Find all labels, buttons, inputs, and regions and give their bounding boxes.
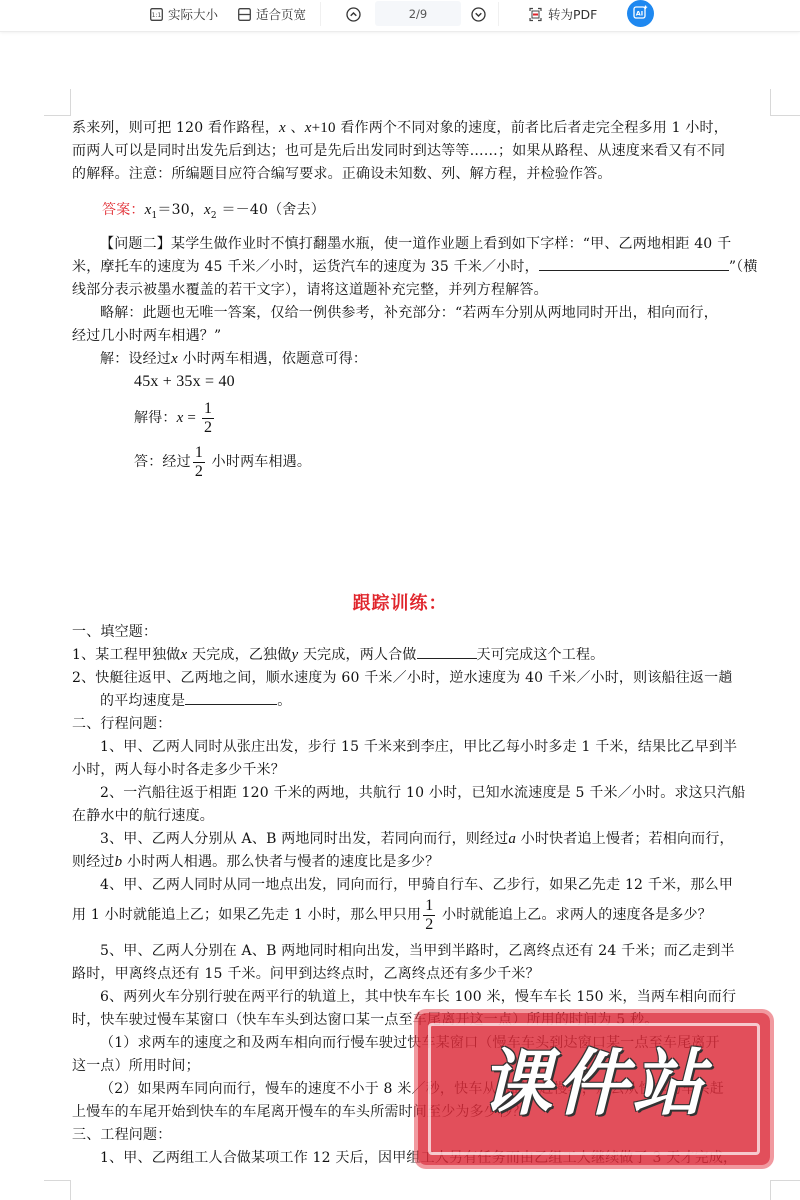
question-line: 2、快艇往返甲、乙两地之间，顺水速度为 60 千米／小时，逆水速度为 40 千米… [72,668,733,688]
blank-underline [185,691,277,705]
problem-two-line: 线部分表示被墨水覆盖的若干文字），请将这道题补充完整，并列方程解答。 [72,280,548,300]
fraction: 12 [202,400,214,437]
solution-line: 解：设经过x 小时两车相遇，依题意可得： [72,349,367,369]
question-line: 小时，两人每小时各走多少千米？ [72,760,285,780]
ai-assistant-icon: AI [633,5,648,23]
question-line: 4、甲、乙两人同时从同一地点出发，同向而行，甲骑自行车、乙步行，如果乙先走 12… [72,875,733,895]
question-line: 用 1 小时就能追上乙；如果乙先走 1 小时，那么甲只用12 小时就能追上乙。求… [72,896,712,934]
paragraph-line: 系来列，则可把 120 看作路程，x 、x+10 看作两个不同对象的速度，前者比… [72,118,728,138]
convert-pdf-label: 转为PDF [548,5,597,23]
paragraph-line: 而两人可以是同时出发先后到达；也可是先后出发同时到达等等……；如果从路程、从速度… [72,141,725,161]
pdf-convert-icon [528,7,543,22]
svg-text:AI: AI [636,9,643,17]
viewer-toolbar: 1:1 实际大小 适合页宽 2/9 转为PDF AI [0,0,800,32]
brief-solution-line: 经过几小时两车相遇？” [72,326,221,346]
section-title: 跟踪训练： [0,589,800,615]
solved-line: 解得：x = 12 [72,398,216,438]
blank-underline [417,645,477,659]
section-heading: 一、填空题： [72,622,157,642]
paragraph-line: 的解释。注意：所编题目应符合编写要求。正确设未知数、列、解方程，并检验作答。 [72,164,612,184]
answer-line: 答案：x1＝30，x2 ＝－40（舍去） [72,200,325,226]
page-corner-mark [44,89,71,116]
page-number: 2/9 [409,7,428,21]
fraction: 12 [193,444,205,481]
fit-width-icon [238,8,251,21]
equation: 45x + 35x = 40 [72,372,235,392]
watermark-text: 课件站 [418,1043,770,1123]
svg-text:1:1: 1:1 [152,12,162,19]
fit-width-label: 适合页宽 [256,5,306,23]
next-page-button[interactable] [471,0,486,28]
page-corner-mark [44,1180,71,1200]
question-line: 2、一汽船往返于相距 120 千米的两地，共航行 10 小时，已知水流速度是 5… [72,783,745,803]
question-line: 的平均速度是。 [72,691,291,711]
chevron-up-circle-icon [346,7,361,22]
page-corner-mark [770,1180,800,1200]
question-line: 这一点）所用时间； [72,1056,200,1076]
question-line: 则经过b 小时两人相遇。那么快者与慢者的速度比是多少？ [72,852,439,872]
problem-two-line: 【问题二】某学生做作业时不慎打翻墨水瓶，使一道作业题上看到如下字样：“甲、乙两地… [72,234,731,254]
question-line: 3、甲、乙两人分别从 A、B 两地同时出发，若同向而行，则经过a 小时快者追上慢… [72,829,734,849]
watermark-stamp: 课件站 [418,1013,770,1165]
fraction: 12 [423,897,435,934]
toolbar-divider [498,2,499,26]
answer-label: 答案： [102,202,145,218]
toolbar-divider [320,2,321,26]
page-indicator[interactable]: 2/9 [375,1,461,26]
section-heading: 二、行程问题： [72,714,171,734]
question-line: 6、两列火车分别行驶在两平行的轨道上，其中快车车长 100 米，慢车车长 150… [72,987,736,1007]
answer-sentence: 答：经过12 小时两车相遇。 [72,442,311,482]
actual-size-icon: 1:1 [150,8,163,21]
question-line: 5、甲、乙两人分别在 A、B 两地同时相向出发，当甲到半路时，乙离终点还有 24… [72,941,735,961]
section-heading: 三、工程问题： [72,1125,171,1145]
question-line: 1、甲、乙两人同时从张庄出发，步行 15 千米来到李庄，甲比乙每小时多走 1 千… [72,737,737,757]
prev-page-button[interactable] [346,0,361,28]
blank-underline [539,257,729,271]
fit-width-button[interactable]: 适合页宽 [238,0,306,28]
page-corner-mark [770,89,800,116]
chevron-down-circle-icon [471,7,486,22]
problem-two-line: 米，摩托车的速度为 45 千米／小时，运货汽车的速度为 35 千米／小时，”（横 [72,257,758,277]
question-line: 在静水中的航行速度。 [72,806,214,826]
actual-size-button[interactable]: 1:1 实际大小 [150,0,218,28]
question-line: 1、某工程甲独做x 天完成，乙独做y 天完成，两人合做天可完成这个工程。 [72,645,604,665]
question-line: 路时，甲离终点还有 15 千米。问甲到达终点时，乙离终点还有多少千米？ [72,964,540,984]
actual-size-label: 实际大小 [168,5,218,23]
ai-assistant-button[interactable]: AI [627,0,654,27]
brief-solution-line: 略解：此题也无唯一答案，仅给一例供参考，补充部分：“若两车分别从两地同时开出，相… [72,303,718,323]
convert-pdf-button[interactable]: 转为PDF [528,0,597,28]
